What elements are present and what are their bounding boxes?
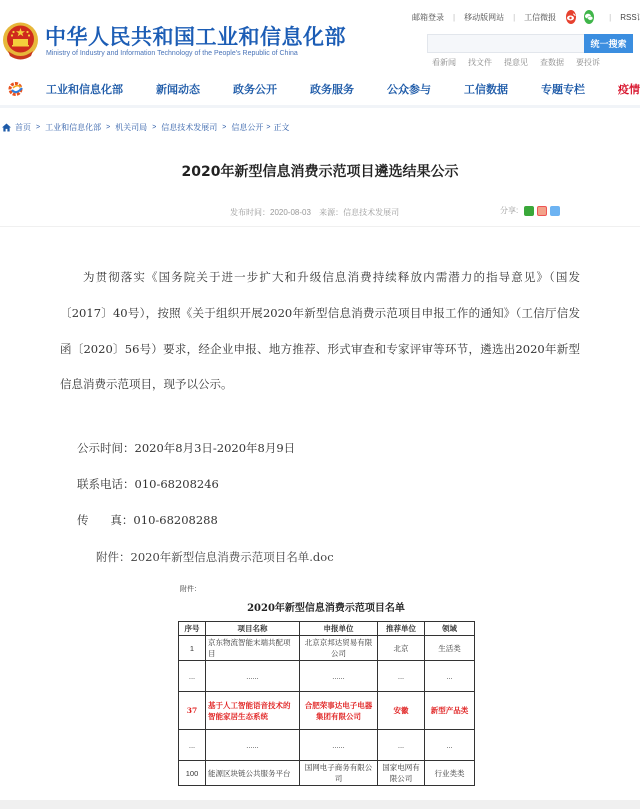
quick-link-news[interactable]: 看新闻	[432, 57, 456, 68]
table-row: ... ...... ...... ... ...	[179, 730, 475, 761]
chevron-right-icon: >	[222, 124, 226, 131]
attachment-label: 附件：	[180, 584, 201, 594]
divider: |	[513, 13, 515, 22]
cell-applicant: 北京京邦达贸易有限公司	[300, 636, 378, 661]
breadcrumb-it-dept[interactable]: 信息技术发展司	[161, 122, 217, 133]
cell-field: 行业类类	[425, 761, 475, 786]
cell-name: 能源区块链公共服务平台	[206, 761, 300, 786]
nav-items: 工业和信息化部 新闻动态 政务公开 政务服务 公众参与 工信数据 专题专栏 疫情…	[46, 81, 640, 97]
breadcrumb: 首页 > 工业和信息化部 > 机关司局 > 信息技术发展司 > 信息公开 > 正…	[2, 122, 289, 133]
chevron-right-icon: >	[36, 124, 40, 131]
cell-name: 京东物流智能末端共配项目	[206, 636, 300, 661]
cell-applicant: 国网电子商务有限公司	[300, 761, 378, 786]
quick-links: 看新闻 找文件 提意见 查数据 要投诉	[432, 57, 632, 68]
qq-share-icon[interactable]	[550, 206, 560, 216]
mobile-site-link[interactable]: 移动版网站	[464, 12, 504, 23]
cell-name: ......	[206, 730, 300, 761]
cell-no: 1	[179, 636, 206, 661]
rss-link[interactable]: RSS订阅	[620, 12, 640, 23]
divider: |	[609, 13, 611, 22]
cell-name: 基于人工智能语音技术的智能家居生态系统	[206, 692, 300, 730]
national-emblem-icon	[2, 21, 39, 61]
project-list-table: 序号 项目名称 申报单位 推荐单位 领域 1 京东物流智能末端共配项目 北京京邦…	[178, 621, 475, 786]
wechat-share-icon[interactable]	[524, 206, 534, 216]
breadcrumb-departments[interactable]: 机关司局	[115, 122, 147, 133]
nav-item-news[interactable]: 新闻动态	[156, 81, 200, 97]
cell-field: ...	[425, 730, 475, 761]
cell-recommender: 国家电网有限公司	[378, 761, 425, 786]
cell-no: 100	[179, 761, 206, 786]
footer-divider	[0, 800, 640, 809]
list-title: 2020年新型信息消费示范项目名单	[176, 599, 476, 614]
attachment-preview-image: 附件： 2020年新型信息消费示范项目名单 序号 项目名称 申报单位 推荐单位 …	[176, 584, 476, 784]
article-title: 2020年新型信息消费示范项目遴选结果公示	[0, 161, 640, 181]
table-header-row: 序号 项目名称 申报单位 推荐单位 领域	[179, 622, 475, 636]
breadcrumb-current: 正文	[273, 122, 289, 133]
share-bar: 分享:	[500, 205, 560, 216]
weibao-link[interactable]: 工信微报	[524, 12, 556, 23]
main-nav: 工业和信息化部 新闻动态 政务公开 政务服务 公众参与 工信数据 专题专栏 疫情…	[0, 72, 640, 108]
mail-login-link[interactable]: 邮箱登录	[412, 12, 444, 23]
share-label: 分享:	[500, 205, 518, 216]
article-body: 为贯彻落实《国务院关于进一步扩大和升级信息消费持续释放内需潜力的指导意见》（国发…	[60, 260, 580, 403]
fax-number: 传 真：010-68208288	[77, 512, 218, 528]
nav-item-epidemic[interactable]: 疫情防控专题	[618, 81, 640, 97]
cell-applicant: ......	[300, 730, 378, 761]
search-input[interactable]	[427, 34, 584, 53]
wechat-icon[interactable]	[584, 10, 594, 24]
column-header: 序号	[179, 622, 206, 636]
quick-link-files[interactable]: 找文件	[468, 57, 492, 68]
breadcrumb-info-disclosure[interactable]: 信息公开	[231, 122, 263, 133]
search-button[interactable]: 统一搜索	[584, 34, 633, 53]
contact-phone: 联系电话：010-68208246	[77, 476, 219, 492]
chevron-right-icon: >	[266, 124, 270, 131]
cell-field: 生活类	[425, 636, 475, 661]
breadcrumb-miit[interactable]: 工业和信息化部	[45, 122, 101, 133]
cell-field: ...	[425, 661, 475, 692]
column-header: 申报单位	[300, 622, 378, 636]
nav-item-gov-services[interactable]: 政务服务	[310, 81, 354, 97]
attachment-link[interactable]: 附件：2020年新型信息消费示范项目名单.doc	[96, 549, 334, 565]
cell-name: ......	[206, 661, 300, 692]
weibo-share-icon[interactable]	[537, 206, 547, 216]
top-links-bar: 邮箱登录 | 移动版网站 | 工信微报 | RSS订阅	[412, 10, 640, 24]
cell-applicant: ......	[300, 661, 378, 692]
cell-recommender: ...	[378, 730, 425, 761]
nav-item-public-participation[interactable]: 公众参与	[387, 81, 431, 97]
nav-item-gov-affairs[interactable]: 政务公开	[233, 81, 277, 97]
cell-field: 新型产品类	[425, 692, 475, 730]
site-subtitle: Ministry of Industry and Information Tec…	[46, 50, 298, 57]
column-header: 项目名称	[206, 622, 300, 636]
table-row-highlighted: 37 基于人工智能语音技术的智能家居生态系统 合肥荣事达电子电器集团有限公司 安…	[179, 692, 475, 730]
column-header: 领域	[425, 622, 475, 636]
cell-no: ...	[179, 661, 206, 692]
weibo-icon[interactable]	[566, 10, 576, 24]
chevron-right-icon: >	[152, 124, 156, 131]
cell-recommender: 安徽	[378, 692, 425, 730]
body-paragraph: 为贯彻落实《国务院关于进一步扩大和升级信息消费持续释放内需潜力的指导意见》（国发…	[60, 260, 580, 403]
quick-link-complaint[interactable]: 要投诉	[576, 57, 600, 68]
cell-applicant: 合肥荣事达电子电器集团有限公司	[300, 692, 378, 730]
cell-recommender: ...	[378, 661, 425, 692]
divider	[0, 226, 640, 227]
site-title[interactable]: 中华人民共和国工业和信息化部	[45, 21, 346, 51]
article-source: 来源：信息技术发展司	[319, 208, 399, 217]
nav-item-topics[interactable]: 专题专栏	[541, 81, 585, 97]
table-row: 1 京东物流智能末端共配项目 北京京邦达贸易有限公司 北京 生活类	[179, 636, 475, 661]
miit-logo-icon[interactable]	[8, 81, 24, 97]
table-row: ... ...... ...... ... ...	[179, 661, 475, 692]
nav-item-data[interactable]: 工信数据	[464, 81, 508, 97]
search-bar: 统一搜索	[427, 34, 633, 53]
nav-item-miit[interactable]: 工业和信息化部	[46, 81, 123, 97]
chevron-right-icon: >	[106, 124, 110, 131]
table-row: 100 能源区块链公共服务平台 国网电子商务有限公司 国家电网有限公司 行业类类	[179, 761, 475, 786]
article-meta: 发布时间：2020-08-03 来源：信息技术发展司	[230, 207, 399, 218]
cell-no: ...	[179, 730, 206, 761]
publish-date: 发布时间：2020-08-03	[230, 208, 311, 217]
quick-link-feedback[interactable]: 提意见	[504, 57, 528, 68]
cell-no: 37	[179, 692, 206, 730]
breadcrumb-home[interactable]: 首页	[15, 122, 31, 133]
divider: |	[453, 13, 455, 22]
home-icon[interactable]	[2, 123, 11, 132]
cell-recommender: 北京	[378, 636, 425, 661]
quick-link-data[interactable]: 查数据	[540, 57, 564, 68]
column-header: 推荐单位	[378, 622, 425, 636]
notice-period: 公示时间：2020年8月3日-2020年8月9日	[77, 440, 295, 456]
